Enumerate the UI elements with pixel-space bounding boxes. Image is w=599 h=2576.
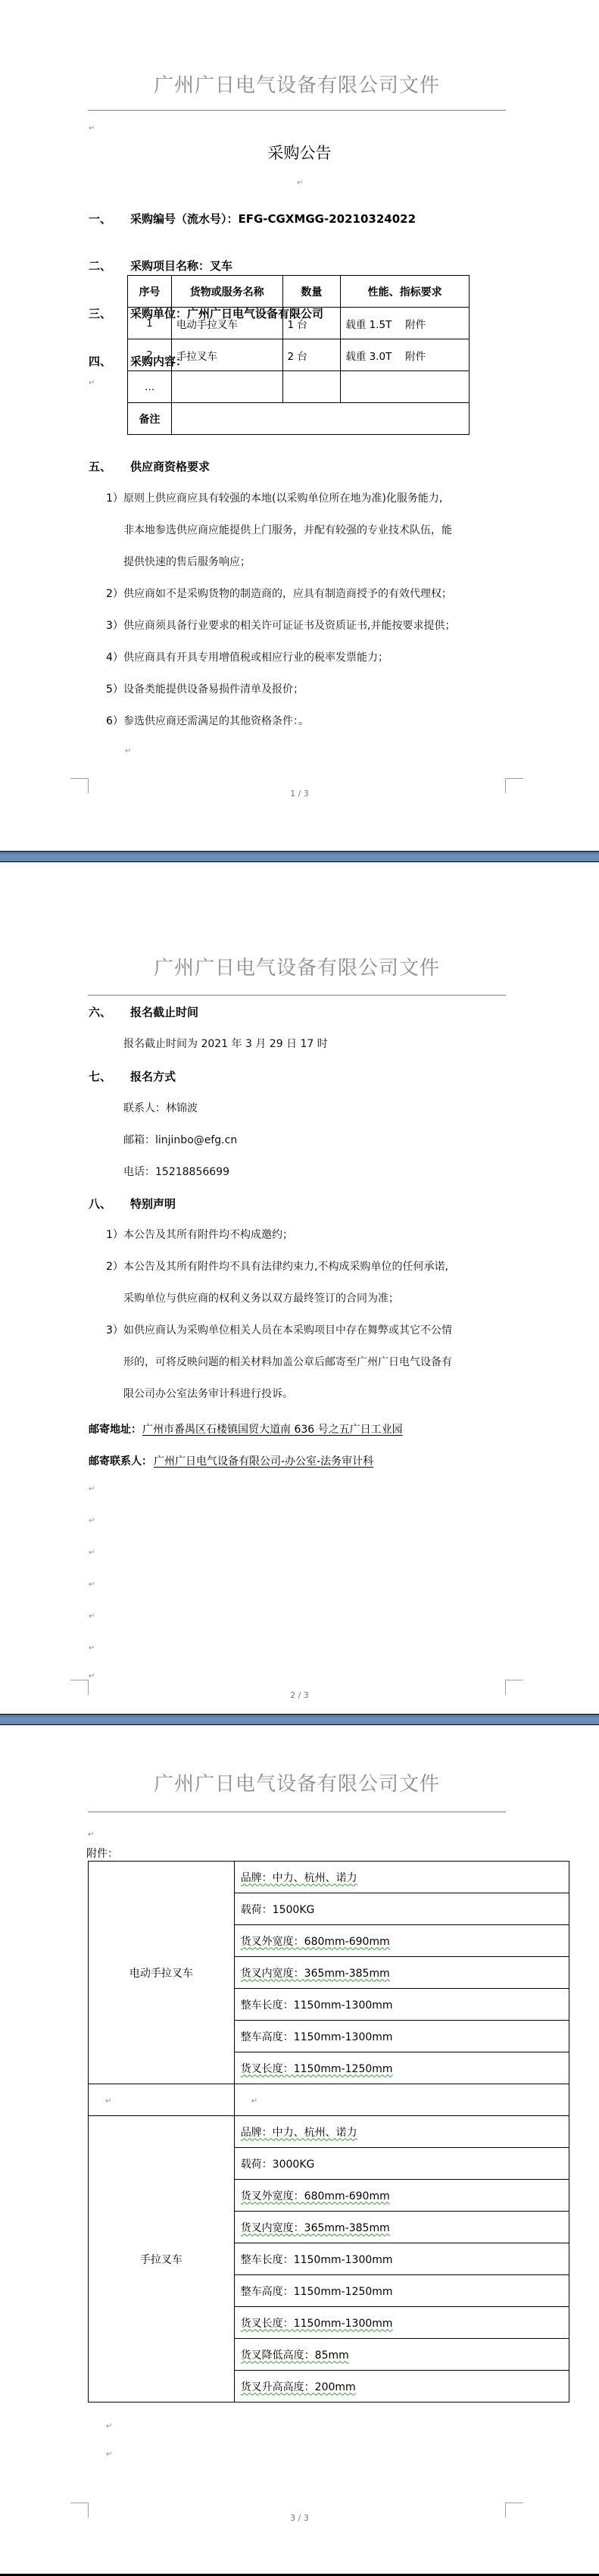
product-name: 手拉叉车 (89, 2116, 235, 2402)
table-row: 1 电动手拉叉车 1 台 载重 1.5T 附件 (128, 308, 470, 339)
header-requirements: 性能、指标要求 (341, 276, 470, 308)
section-2-number: 二、 (89, 258, 111, 274)
section-4-number: 四、 (89, 353, 111, 369)
section-7-title: 报名方式 (130, 1068, 176, 1084)
contact-person: 联系人：林锦波 (123, 1100, 198, 1115)
table-remark-row: 备注 (128, 403, 470, 435)
table-row-empty: ↵ ↵ (89, 2084, 569, 2116)
page-number: 2 / 3 (0, 1690, 599, 1700)
spec-cell: 货叉外宽度：680mm-690mm (234, 2180, 569, 2212)
spec-cell: 整车高度：1150mm-1250mm (234, 2275, 569, 2307)
paragraph-mark: ↵ (89, 1612, 95, 1621)
section-5-title: 供应商资格要求 (130, 458, 210, 474)
spec-cell: 品牌：中力、杭州、诺力 (234, 2116, 569, 2148)
cell-requirements (341, 371, 470, 403)
list-item-text: 采购单位与供应商的权利义务以双方最终签订的合同为准； (123, 1290, 399, 1305)
cell-quantity: 2 台 (282, 339, 341, 371)
paragraph-mark: ↵ (89, 1672, 95, 1680)
page-1: 广州广日电气设备有限公司文件 ↵ 采购公告 ↵ 一、 采购编号（流水号）：EFG… (0, 0, 599, 851)
cell-item-name: 电动手拉叉车 (171, 308, 282, 339)
mail-address-label: 邮寄地址： (89, 1421, 142, 1436)
list-item-text: 限公司办公室法务审计科进行投诉。 (123, 1386, 293, 1401)
list-item-number: 6） (106, 713, 123, 728)
empty-cell: ↵ (89, 2084, 235, 2116)
table-header-row: 序号 货物或服务名称 数量 性能、指标要求 (128, 276, 470, 308)
spec-cell: 品牌：中力、杭州、诺力 (234, 1862, 569, 1893)
section-2-project-name: 采购项目名称：叉车 (130, 258, 232, 274)
paragraph-mark: ↵ (297, 179, 303, 187)
list-item-text: 原则上供应商应具有较强的本地(以采购单位所在地为准)化服务能力, (123, 490, 442, 505)
list-item-number: 1） (106, 490, 123, 505)
mail-address: 广州市番禺区石楼镇国贸大道南 636 号之五广日工业园 (142, 1421, 403, 1436)
list-item-number: 4） (106, 649, 123, 664)
list-item-number: 2） (106, 1258, 123, 1274)
page-3: 广州广日电气设备有限公司文件 ↵ 附件： 电动手拉叉车 品牌：中力、杭州、诺力 … (0, 1726, 599, 2576)
spec-cell: 整车高度：1150mm-1300mm (234, 2021, 569, 2052)
registration-deadline: 报名截止时间为 2021 年 3 月 29 日 17 时 (123, 1036, 328, 1051)
header-rule (88, 995, 506, 996)
section-8-title: 特别声明 (130, 1196, 176, 1211)
paragraph-mark: ↵ (89, 1517, 95, 1525)
mail-contact-label: 邮寄联系人： (89, 1453, 152, 1468)
paragraph-mark: ↵ (89, 1644, 95, 1652)
paragraph-mark: ↵ (89, 1485, 95, 1493)
list-item-text: 本公告及其所有附件均不构成邀约； (123, 1227, 293, 1242)
spec-cell: 载荷：1500KG (234, 1893, 569, 1925)
header-index: 序号 (128, 276, 172, 308)
list-item-text: 形的，可将反映问题的相关材料加盖公章后邮寄至广州广日电气设备有 (123, 1354, 452, 1369)
remark-value (171, 403, 469, 435)
spec-cell: 货叉长度：1150mm-1300mm (234, 2307, 569, 2339)
product-name: 电动手拉叉车 (89, 1862, 235, 2084)
spec-cell: 货叉降低高度：85mm (234, 2339, 569, 2371)
list-item-number: 1） (106, 1227, 123, 1242)
attachment-spec-table: 电动手拉叉车 品牌：中力、杭州、诺力 载荷：1500KG 货叉外宽度：680mm… (88, 1861, 569, 2402)
list-item-text: 如供应商认为采购单位相关人员在本采购项目中存在舞弊或其它不公情 (123, 1322, 452, 1337)
paragraph-mark: ↵ (89, 379, 95, 387)
spec-cell: 整车长度：1150mm-1300mm (234, 1989, 569, 2021)
list-item-text: 供应商须具备行业要求的相关许可证证书及资质证书,并能按要求提供； (123, 617, 455, 633)
list-item-text: 非本地参选供应商应能提供上门服务，并配有较强的专业技术队伍，能 (123, 522, 452, 537)
list-item-text: 提供快速的售后服务响应； (123, 554, 251, 569)
header-item-name: 货物或服务名称 (171, 276, 282, 308)
paragraph-mark: ↵ (89, 124, 95, 133)
table-row: 2 手拉叉车 2 台 载重 3.0T 附件 (128, 339, 470, 371)
contact-email: 邮箱：linjinbo@efg.cn (123, 1132, 237, 1147)
section-1-number: 一、 (89, 211, 111, 227)
spec-cell: 载荷：3000KG (234, 2148, 569, 2180)
header-rule (88, 110, 506, 111)
section-7-number: 七、 (89, 1068, 111, 1084)
contact-phone: 电话：15218856699 (123, 1164, 229, 1179)
list-item-text: 供应商具有开具专用增值税或相应行业的税率发票能力； (123, 649, 388, 664)
list-item-number: 3） (106, 1322, 123, 1337)
document-header-title: 广州广日电气设备有限公司文件 (88, 952, 506, 980)
spec-cell: 货叉内宽度：365mm-385mm (234, 2212, 569, 2243)
header-quantity: 数量 (282, 276, 341, 308)
section-8-number: 八、 (89, 1196, 111, 1211)
page-title: 采购公告 (0, 141, 599, 164)
page-number: 1 / 3 (0, 789, 599, 799)
section-3-number: 三、 (89, 305, 111, 321)
paragraph-mark: ↵ (89, 1580, 95, 1589)
section-5-number: 五、 (89, 458, 111, 474)
list-item-text: 参选供应商还需满足的其他资格条件：。 (123, 713, 309, 728)
list-item-text: 供应商如不是采购货物的制造商的，应具有制造商授予的有效代理权； (123, 586, 452, 601)
paragraph-mark: ↵ (106, 2422, 112, 2431)
attachment-label: 附件： (86, 1846, 118, 1861)
spec-cell: 货叉升高高度：200mm (234, 2371, 569, 2402)
procurement-items-table: 序号 货物或服务名称 数量 性能、指标要求 1 电动手拉叉车 1 台 载重 1.… (127, 275, 470, 435)
page-2: 广州广日电气设备有限公司文件 六、 报名截止时间 报名截止时间为 2021 年 … (0, 863, 599, 1714)
page-separator (0, 1714, 599, 1725)
cell-index: 2 (128, 339, 172, 371)
list-item-number: 3） (106, 617, 123, 633)
remark-label: 备注 (128, 403, 172, 435)
page-separator (0, 851, 599, 862)
cell-requirements: 载重 1.5T 附件 (341, 308, 470, 339)
section-6-number: 六、 (89, 1004, 111, 1020)
spec-cell: 货叉内宽度：365mm-385mm (234, 1957, 569, 1989)
section-1-procurement-number: 采购编号（流水号）：EFG-CGXMGG-20210324022 (130, 211, 416, 227)
spec-cell: 整车长度：1150mm-1300mm (234, 2243, 569, 2275)
spec-cell: 货叉长度：1150mm-1250mm (234, 2052, 569, 2084)
cell-item-name (171, 371, 282, 403)
table-row: … (128, 371, 470, 403)
mail-contact: 广州广日电气设备有限公司-办公室-法务审计科 (154, 1453, 373, 1468)
paragraph-mark: ↵ (125, 747, 131, 755)
page-number: 3 / 3 (0, 2513, 599, 2523)
cell-quantity (282, 371, 341, 403)
empty-cell: ↵ (234, 2084, 569, 2116)
list-item-text: 设备类能提供设备易损件清单及报价； (123, 681, 304, 696)
list-item-text: 本公告及其所有附件均不具有法律约束力,不构成采购单位的任何承诺, (123, 1258, 448, 1274)
document-header-title: 广州广日电气设备有限公司文件 (88, 1768, 506, 1796)
paragraph-mark: ↵ (106, 2450, 112, 2459)
table-row: 手拉叉车 品牌：中力、杭州、诺力 (89, 2116, 569, 2148)
spec-cell: 货叉外宽度：680mm-690mm (234, 1925, 569, 1957)
list-item-number: 2） (106, 586, 123, 601)
list-item-number: 5） (106, 681, 123, 696)
section-6-title: 报名截止时间 (130, 1004, 198, 1020)
paragraph-mark: ↵ (89, 1549, 95, 1557)
cell-index: 1 (128, 308, 172, 339)
document-header-title: 广州广日电气设备有限公司文件 (88, 70, 506, 98)
cell-item-name: 手拉叉车 (171, 339, 282, 371)
header-rule (88, 1812, 506, 1812)
cell-index: … (128, 371, 172, 403)
paragraph-mark: ↵ (88, 1830, 94, 1839)
cell-requirements: 载重 3.0T 附件 (341, 339, 470, 371)
table-row: 电动手拉叉车 品牌：中力、杭州、诺力 (89, 1862, 569, 1893)
cell-quantity: 1 台 (282, 308, 341, 339)
